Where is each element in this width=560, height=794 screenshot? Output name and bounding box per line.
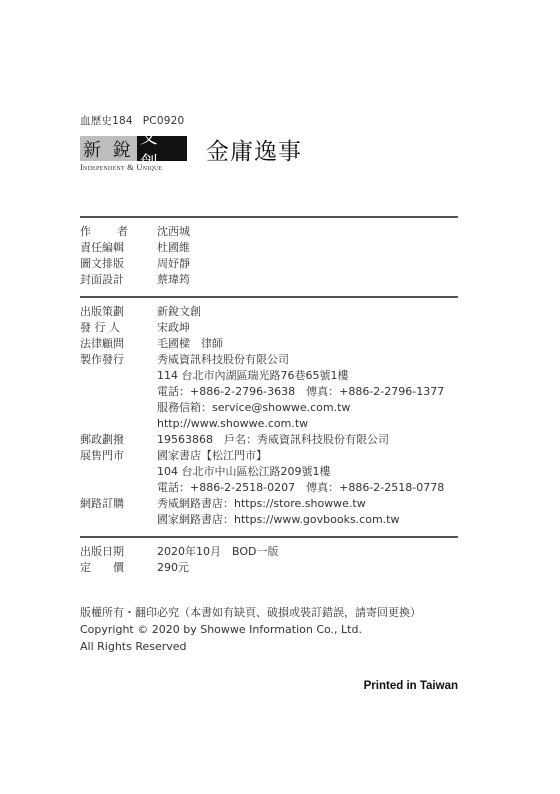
credit-value: 沈西城: [157, 224, 190, 240]
edition-label: 定 價: [80, 560, 157, 576]
online-store-link: 國家網路書店：https://www.govbooks.com.tw: [157, 512, 399, 528]
address: 114 台北市內湖區瑞光路76巷65號1樓: [157, 368, 348, 384]
info-row: 出版策劃新銳文創: [80, 304, 460, 320]
credit-row: 圖文排版 周妤靜: [80, 256, 460, 272]
credits-section: 作者 沈西城 責任編輯 杜國維 圖文排版 周妤靜 封面設計 蔡瑋筠: [80, 224, 460, 288]
info-label: [80, 480, 157, 496]
credit-label: 責任編輯: [80, 240, 157, 256]
edition-label: 出版日期: [80, 544, 157, 560]
info-label: [80, 512, 157, 528]
info-row: 法律顧問毛國樑 律師: [80, 336, 460, 352]
info-row: 郵政劃撥19563868 戶名：秀威資訊科技股份有限公司: [80, 432, 460, 448]
publisher-section: 出版策劃新銳文創 發 行 人宋政坤 法律顧問毛國樑 律師 製作發行秀威資訊科技股…: [80, 304, 460, 528]
info-value: 宋政坤: [157, 320, 190, 336]
divider: [80, 296, 458, 298]
credit-label: 圖文排版: [80, 256, 157, 272]
info-value: 秀威資訊科技股份有限公司: [157, 352, 289, 368]
info-row: 網路訂購秀威網路書店：https://store.showwe.tw: [80, 496, 460, 512]
store-name: 國家書店【松江門市】: [157, 448, 267, 464]
credit-row: 封面設計 蔡瑋筠: [80, 272, 460, 288]
store-phone-fax: 電話：+886-2-2518-0207 傳真：+886-2-2518-0778: [157, 480, 444, 496]
all-rights-line: All Rights Reserved: [80, 638, 421, 655]
logo-right-text: 文 創: [137, 136, 187, 161]
info-row: http://www.showwe.com.tw: [80, 416, 460, 432]
edition-row: 出版日期2020年10月 BOD一版: [80, 544, 460, 560]
info-label: 發 行 人: [80, 320, 157, 336]
service-email: 服務信箱：service@showwe.com.tw: [157, 400, 350, 416]
divider: [80, 536, 458, 538]
info-row: 104 台北市中山區松江路209號1樓: [80, 464, 460, 480]
info-label: 郵政劃撥: [80, 432, 157, 448]
rights-zh: 版權所有・翻印必究（本書如有缺頁、破損或裝訂錯誤，請寄回更換）: [80, 604, 421, 621]
info-label: 出版策劃: [80, 304, 157, 320]
postal-account: 19563868 戶名：秀威資訊科技股份有限公司: [157, 432, 389, 448]
credit-label: 封面設計: [80, 272, 157, 288]
info-label: 網路訂購: [80, 496, 157, 512]
edition-row: 定 價290元: [80, 560, 460, 576]
info-label: [80, 384, 157, 400]
info-row: 展售門市國家書店【松江門市】: [80, 448, 460, 464]
phone-fax: 電話：+886-2-2796-3638 傳真：+886-2-2796-1377: [157, 384, 444, 400]
info-value: 新銳文創: [157, 304, 201, 320]
rights-notice: 版權所有・翻印必究（本書如有缺頁、破損或裝訂錯誤，請寄回更換） Copyrigh…: [80, 604, 421, 655]
divider: [80, 216, 458, 218]
website-link: http://www.showwe.com.tw: [157, 416, 308, 432]
logo-left-text: 新 銳: [80, 136, 137, 161]
info-row: 114 台北市內湖區瑞光路76巷65號1樓: [80, 368, 460, 384]
info-label: 製作發行: [80, 352, 157, 368]
edition-section: 出版日期2020年10月 BOD一版 定 價290元: [80, 544, 460, 576]
info-label: [80, 400, 157, 416]
publish-date: 2020年10月 BOD一版: [157, 544, 278, 560]
info-value: 毛國樑 律師: [157, 336, 223, 352]
credit-value: 周妤靜: [157, 256, 190, 272]
online-store-link: 秀威網路書店：https://store.showwe.tw: [157, 496, 366, 512]
credit-label: 作者: [80, 224, 128, 240]
info-row: 電話：+886-2-2796-3638 傳真：+886-2-2796-1377: [80, 384, 460, 400]
publisher-logo: 新 銳 文 創 Independent & Unique: [80, 136, 187, 172]
credit-value: 蔡瑋筠: [157, 272, 190, 288]
info-row: 電話：+886-2-2518-0207 傳真：+886-2-2518-0778: [80, 480, 460, 496]
copyright-line: Copyright © 2020 by Showwe Information C…: [80, 621, 421, 638]
info-label: [80, 368, 157, 384]
info-row: 製作發行秀威資訊科技股份有限公司: [80, 352, 460, 368]
credit-value: 杜國維: [157, 240, 190, 256]
credit-row: 責任編輯 杜國維: [80, 240, 460, 256]
info-row: 服務信箱：service@showwe.com.tw: [80, 400, 460, 416]
info-label: 展售門市: [80, 448, 157, 464]
printed-in-taiwan: Printed in Taiwan: [364, 680, 458, 692]
credit-row: 作者 沈西城: [80, 224, 460, 240]
info-label: [80, 464, 157, 480]
info-label: 法律顧問: [80, 336, 157, 352]
price: 290元: [157, 560, 189, 576]
store-address: 104 台北市中山區松江路209號1樓: [157, 464, 331, 480]
book-title: 金庸逸事: [206, 133, 302, 166]
info-label: [80, 416, 157, 432]
info-row: 發 行 人宋政坤: [80, 320, 460, 336]
series-number: 血歷史184: [80, 115, 133, 127]
info-row: 國家網路書店：https://www.govbooks.com.tw: [80, 512, 460, 528]
